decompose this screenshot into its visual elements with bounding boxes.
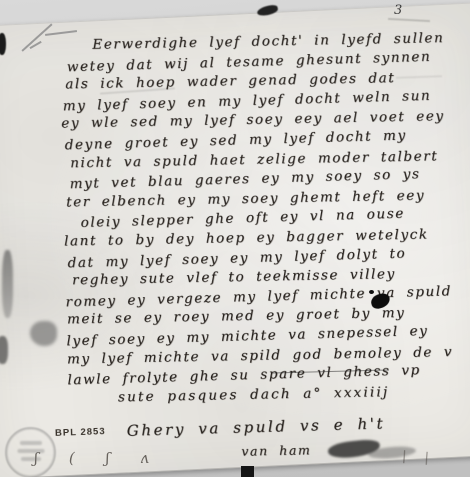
shelfmark-label: BPL 2853 — [55, 426, 106, 439]
manuscript-page: Eerwerdighe lyef docht' in lyefd sullen … — [0, 2, 470, 477]
ink-stain — [30, 321, 57, 346]
ink-stain — [0, 336, 8, 364]
ink-blot — [369, 290, 374, 294]
letter-body: Eerwerdighe lyef docht' in lyefd sullen … — [59, 28, 465, 466]
library-stamp-icon — [5, 427, 56, 477]
manuscript-photo: Eerwerdighe lyef docht' in lyefd sullen … — [0, 0, 470, 477]
stamp-text-blur — [17, 449, 44, 453]
ink-stain — [2, 250, 13, 318]
cutoff-line-strokes: | | — [402, 449, 430, 466]
stamp-text-blur — [20, 441, 42, 445]
stamp-text-blur — [21, 457, 41, 461]
page-number: 3 — [394, 3, 402, 18]
registration-mark — [241, 466, 254, 477]
